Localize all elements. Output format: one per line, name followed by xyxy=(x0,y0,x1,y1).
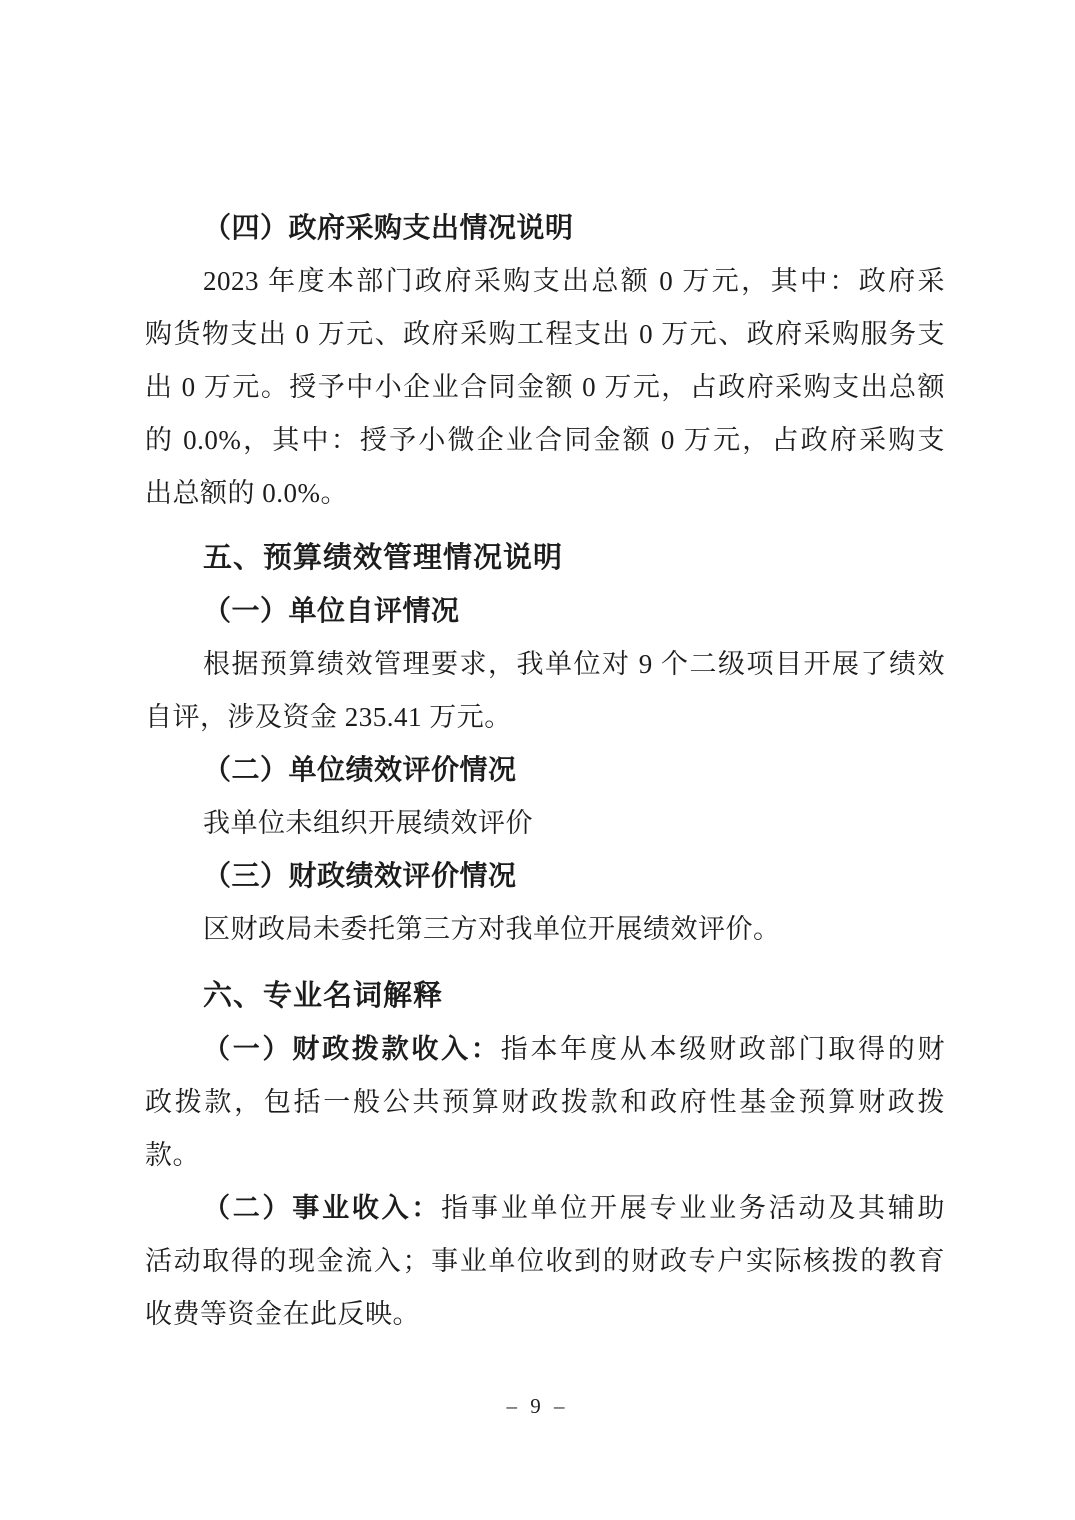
section-5-sub3-heading: （三）财政绩效评价情况 xyxy=(145,850,945,903)
section-4-heading: （四）政府采购支出情况说明 xyxy=(145,202,945,255)
section-6-term1-line: 政拨款，包括一般公共预算财政拨款和政府性基金预算财政拨 xyxy=(145,1076,945,1129)
section-6-heading: 六、专业名词解释 xyxy=(145,970,945,1023)
section-4-paragraph-line: 出总额的 0.0%。 xyxy=(145,467,945,520)
page-number: – 9 – xyxy=(0,1394,1075,1419)
section-4-paragraph-line: 出 0 万元。授予中小企业合同金额 0 万元，占政府采购支出总额 xyxy=(145,361,945,414)
section-6-term2-line: （二）事业收入：指事业单位开展专业业务活动及其辅助 xyxy=(145,1182,945,1235)
term2-label: （二）事业收入： xyxy=(203,1193,441,1223)
section-5-sub2-heading: （二）单位绩效评价情况 xyxy=(145,744,945,797)
section-4-paragraph-line: 购货物支出 0 万元、政府采购工程支出 0 万元、政府采购服务支 xyxy=(145,308,945,361)
section-5-sub2-paragraph: 我单位未组织开展绩效评价 xyxy=(145,797,945,850)
section-4-paragraph-line: 2023 年度本部门政府采购支出总额 0 万元，其中：政府采 xyxy=(145,255,945,308)
document-page: （四）政府采购支出情况说明 2023 年度本部门政府采购支出总额 0 万元，其中… xyxy=(0,0,1075,1520)
section-5-sub1-paragraph-line: 自评，涉及资金 235.41 万元。 xyxy=(145,691,945,744)
term2-definition-start: 指事业单位开展专业业务活动及其辅助 xyxy=(441,1193,945,1223)
section-5-sub1-heading: （一）单位自评情况 xyxy=(145,585,945,638)
section-5-heading: 五、预算绩效管理情况说明 xyxy=(145,532,945,585)
term1-label: （一）财政拨款收入： xyxy=(203,1034,501,1064)
section-5-sub3-paragraph: 区财政局未委托第三方对我单位开展绩效评价。 xyxy=(145,903,945,956)
term1-definition-start: 指本年度从本级财政部门取得的财 xyxy=(501,1034,945,1064)
section-6-term2-line: 活动取得的现金流入；事业单位收到的财政专户实际核拨的教育 xyxy=(145,1235,945,1288)
section-6-term1-line: 款。 xyxy=(145,1129,945,1182)
section-6-term2-line: 收费等资金在此反映。 xyxy=(145,1288,945,1341)
section-4-paragraph-line: 的 0.0%，其中：授予小微企业合同金额 0 万元，占政府采购支 xyxy=(145,414,945,467)
document-content: （四）政府采购支出情况说明 2023 年度本部门政府采购支出总额 0 万元，其中… xyxy=(145,202,945,1341)
section-6-term1-line: （一）财政拨款收入：指本年度从本级财政部门取得的财 xyxy=(145,1023,945,1076)
section-5-sub1-paragraph-line: 根据预算绩效管理要求，我单位对 9 个二级项目开展了绩效 xyxy=(145,638,945,691)
